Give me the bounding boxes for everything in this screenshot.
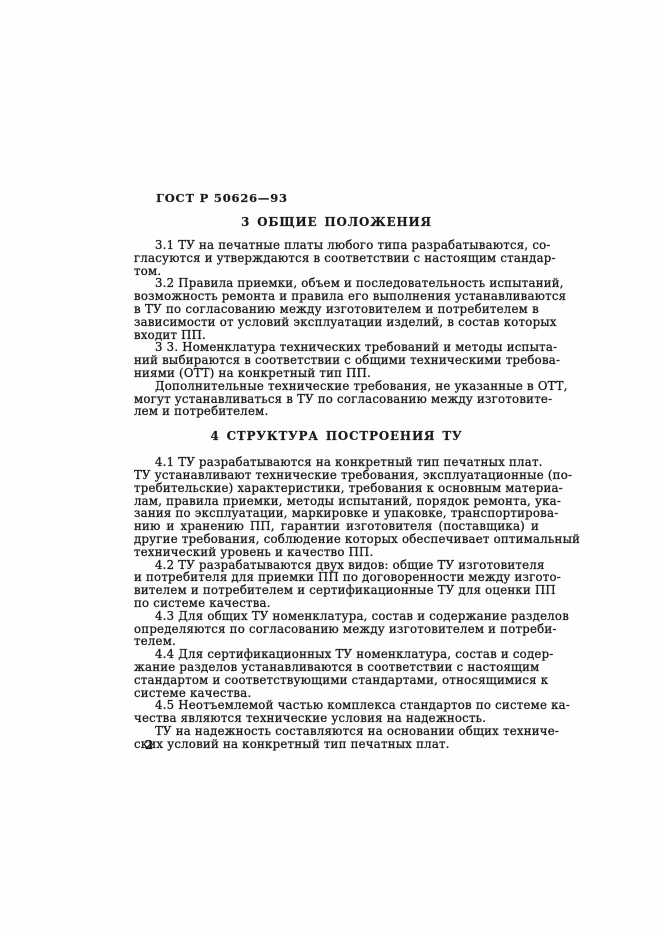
text-line: другие требования, соблюдение которых об… (134, 533, 539, 546)
text-line: Дополнительные технические требования, н… (134, 380, 539, 393)
paragraph: ТУ на надежность составляются на основан… (134, 725, 539, 751)
text-line: стандартом и соответствующими стандартам… (134, 674, 539, 687)
document-page: ГОСТ Р 50626—93 3 ОБЩИЕ ПОЛОЖЕНИЯ3.1 ТУ … (0, 0, 661, 935)
text-line: лем и потребителем. (134, 405, 539, 418)
section-heading: 3 ОБЩИЕ ПОЛОЖЕНИЯ (134, 216, 539, 229)
text-line: жание разделов устанавливаются в соответ… (134, 661, 539, 674)
paragraph: 4.1 ТУ разрабатываются на конкретный тип… (134, 456, 539, 558)
text-line: по системе качества. (134, 597, 539, 610)
text-column: 3 ОБЩИЕ ПОЛОЖЕНИЯ3.1 ТУ на печатные плат… (134, 216, 539, 750)
text-line: 4.3 Для общих ТУ номенклатура, состав и … (134, 610, 539, 623)
paragraph: 3 3. Номенклатура технических требований… (134, 341, 539, 379)
paragraph: 4.5 Неотъемлемой частью комплекса станда… (134, 699, 539, 725)
paragraph: 4.4 Для сертификационных ТУ номенклатура… (134, 648, 539, 699)
text-line: зависимости от условий эксплуатации изде… (134, 316, 539, 329)
paragraph: 4.2 ТУ разрабатываются двух видов: общие… (134, 559, 539, 610)
page-number: 2 (145, 738, 153, 752)
paragraph: 3.1 ТУ на печатные платы любого типа раз… (134, 239, 539, 277)
section-heading: 4 СТРУКТУРА ПОСТРОЕНИЯ ТУ (134, 430, 539, 443)
paragraph: 3.2 Правила приемки, объем и последовате… (134, 277, 539, 341)
paragraph: Дополнительные технические требования, н… (134, 380, 539, 418)
paragraph: 4.3 Для общих ТУ номенклатура, состав и … (134, 610, 539, 648)
text-line: 3.1 ТУ на печатные платы любого типа раз… (134, 239, 539, 252)
text-line: ТУ устанавливают технические требования,… (134, 469, 539, 482)
running-header: ГОСТ Р 50626—93 (156, 191, 288, 205)
text-line: вителем и потребителем и сертификационны… (134, 584, 539, 597)
text-line: определяются по согласованию между изгот… (134, 623, 539, 636)
text-line: чества являются технические условия на н… (134, 712, 539, 725)
text-line: ниями (ОТТ) на конкретный тип ПП. (134, 367, 539, 380)
text-line: требительские) характеристики, требовани… (134, 482, 539, 495)
text-line: гласуются и утверждаются в соответствии … (134, 252, 539, 265)
text-line: технический уровень и качество ПП. (134, 546, 539, 559)
text-line: в ТУ по согласованию между изготовителем… (134, 303, 539, 316)
text-line: 4.4 Для сертификационных ТУ номенклатура… (134, 648, 539, 661)
text-line: ских условий на конкретный тип печатных … (134, 738, 539, 751)
text-line: ТУ на надежность составляются на основан… (134, 725, 539, 738)
